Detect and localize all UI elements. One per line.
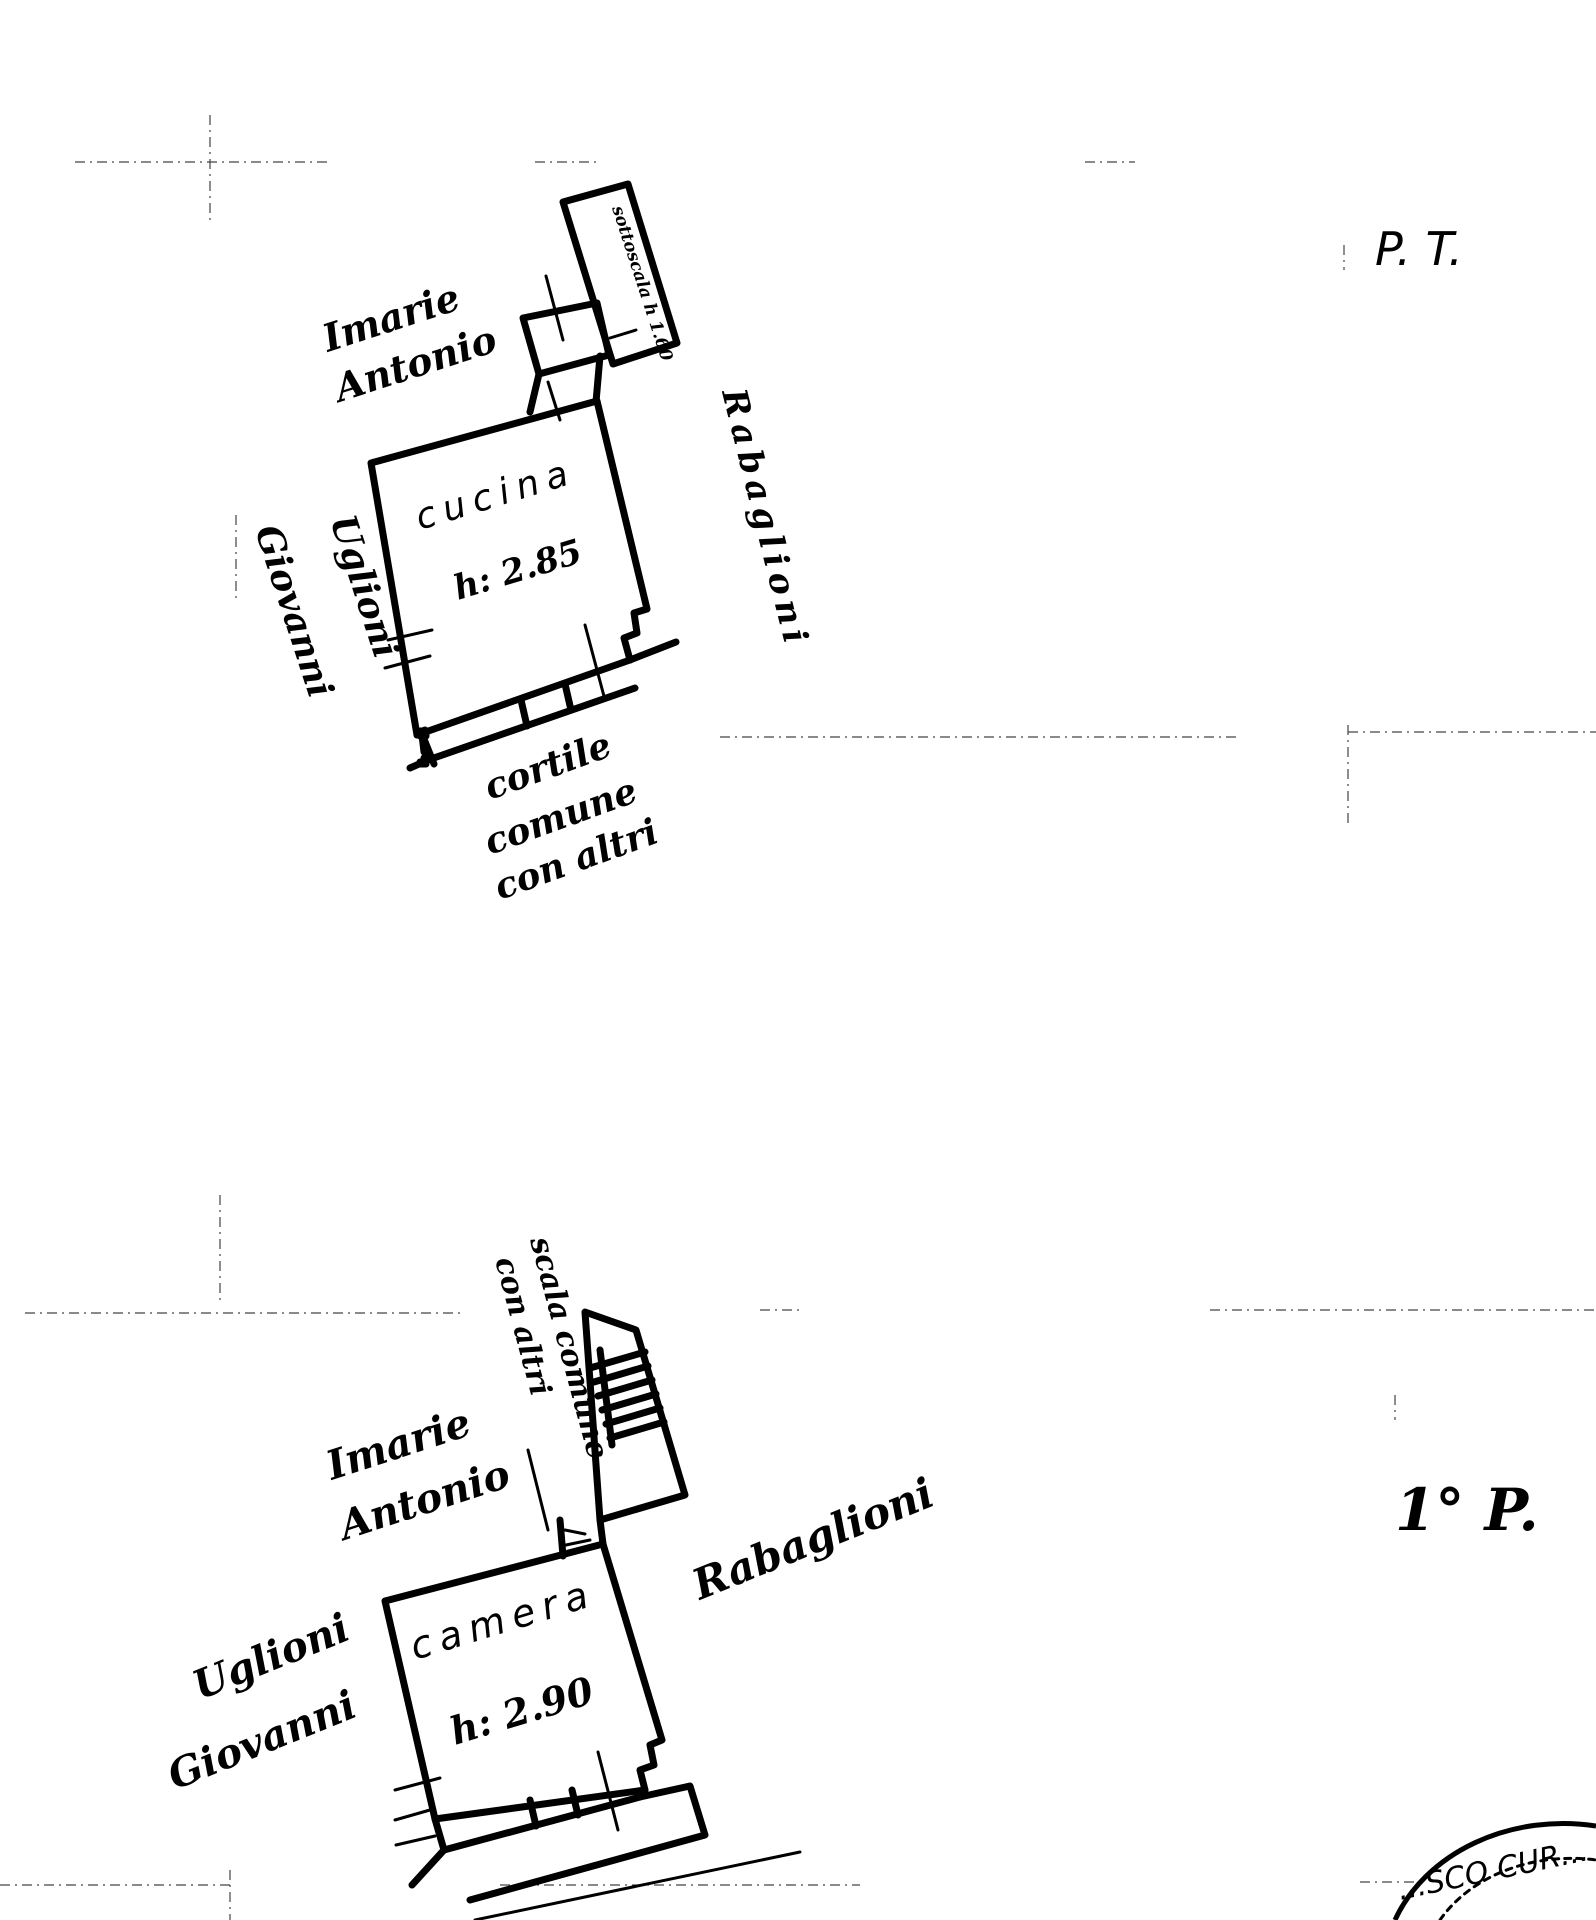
room-height-cucina: h: 2.85 <box>449 532 587 609</box>
stamp-text: ...SCO CUR... <box>1394 1833 1591 1908</box>
floor-label-first: 1° P. <box>1395 1476 1539 1544</box>
official-stamp: ...SCO CUR... <box>1394 1823 1596 1920</box>
neighbor-right: Rabaglioni <box>684 1468 940 1610</box>
room-name-cucina: cucina <box>411 451 581 539</box>
neighbor-left-2: Giovanni <box>161 1681 363 1799</box>
neighbor-left-2: Giovanni <box>246 520 341 703</box>
room-height-camera: h: 2.90 <box>444 1667 599 1753</box>
floor-label-ground: P. T. <box>1375 222 1463 276</box>
floor-plan-sheet: sottoscala h 1.60 Imarie Antonio cucina … <box>0 0 1596 1920</box>
neighbor-right: Rabaglioni <box>713 384 817 654</box>
ground-floor-labels: sottoscala h 1.60 Imarie Antonio cucina … <box>246 202 1462 908</box>
first-floor-labels: scala comune con altri Imarie Antonio Ra… <box>161 1232 1539 1799</box>
balcony-outline <box>470 1786 705 1900</box>
